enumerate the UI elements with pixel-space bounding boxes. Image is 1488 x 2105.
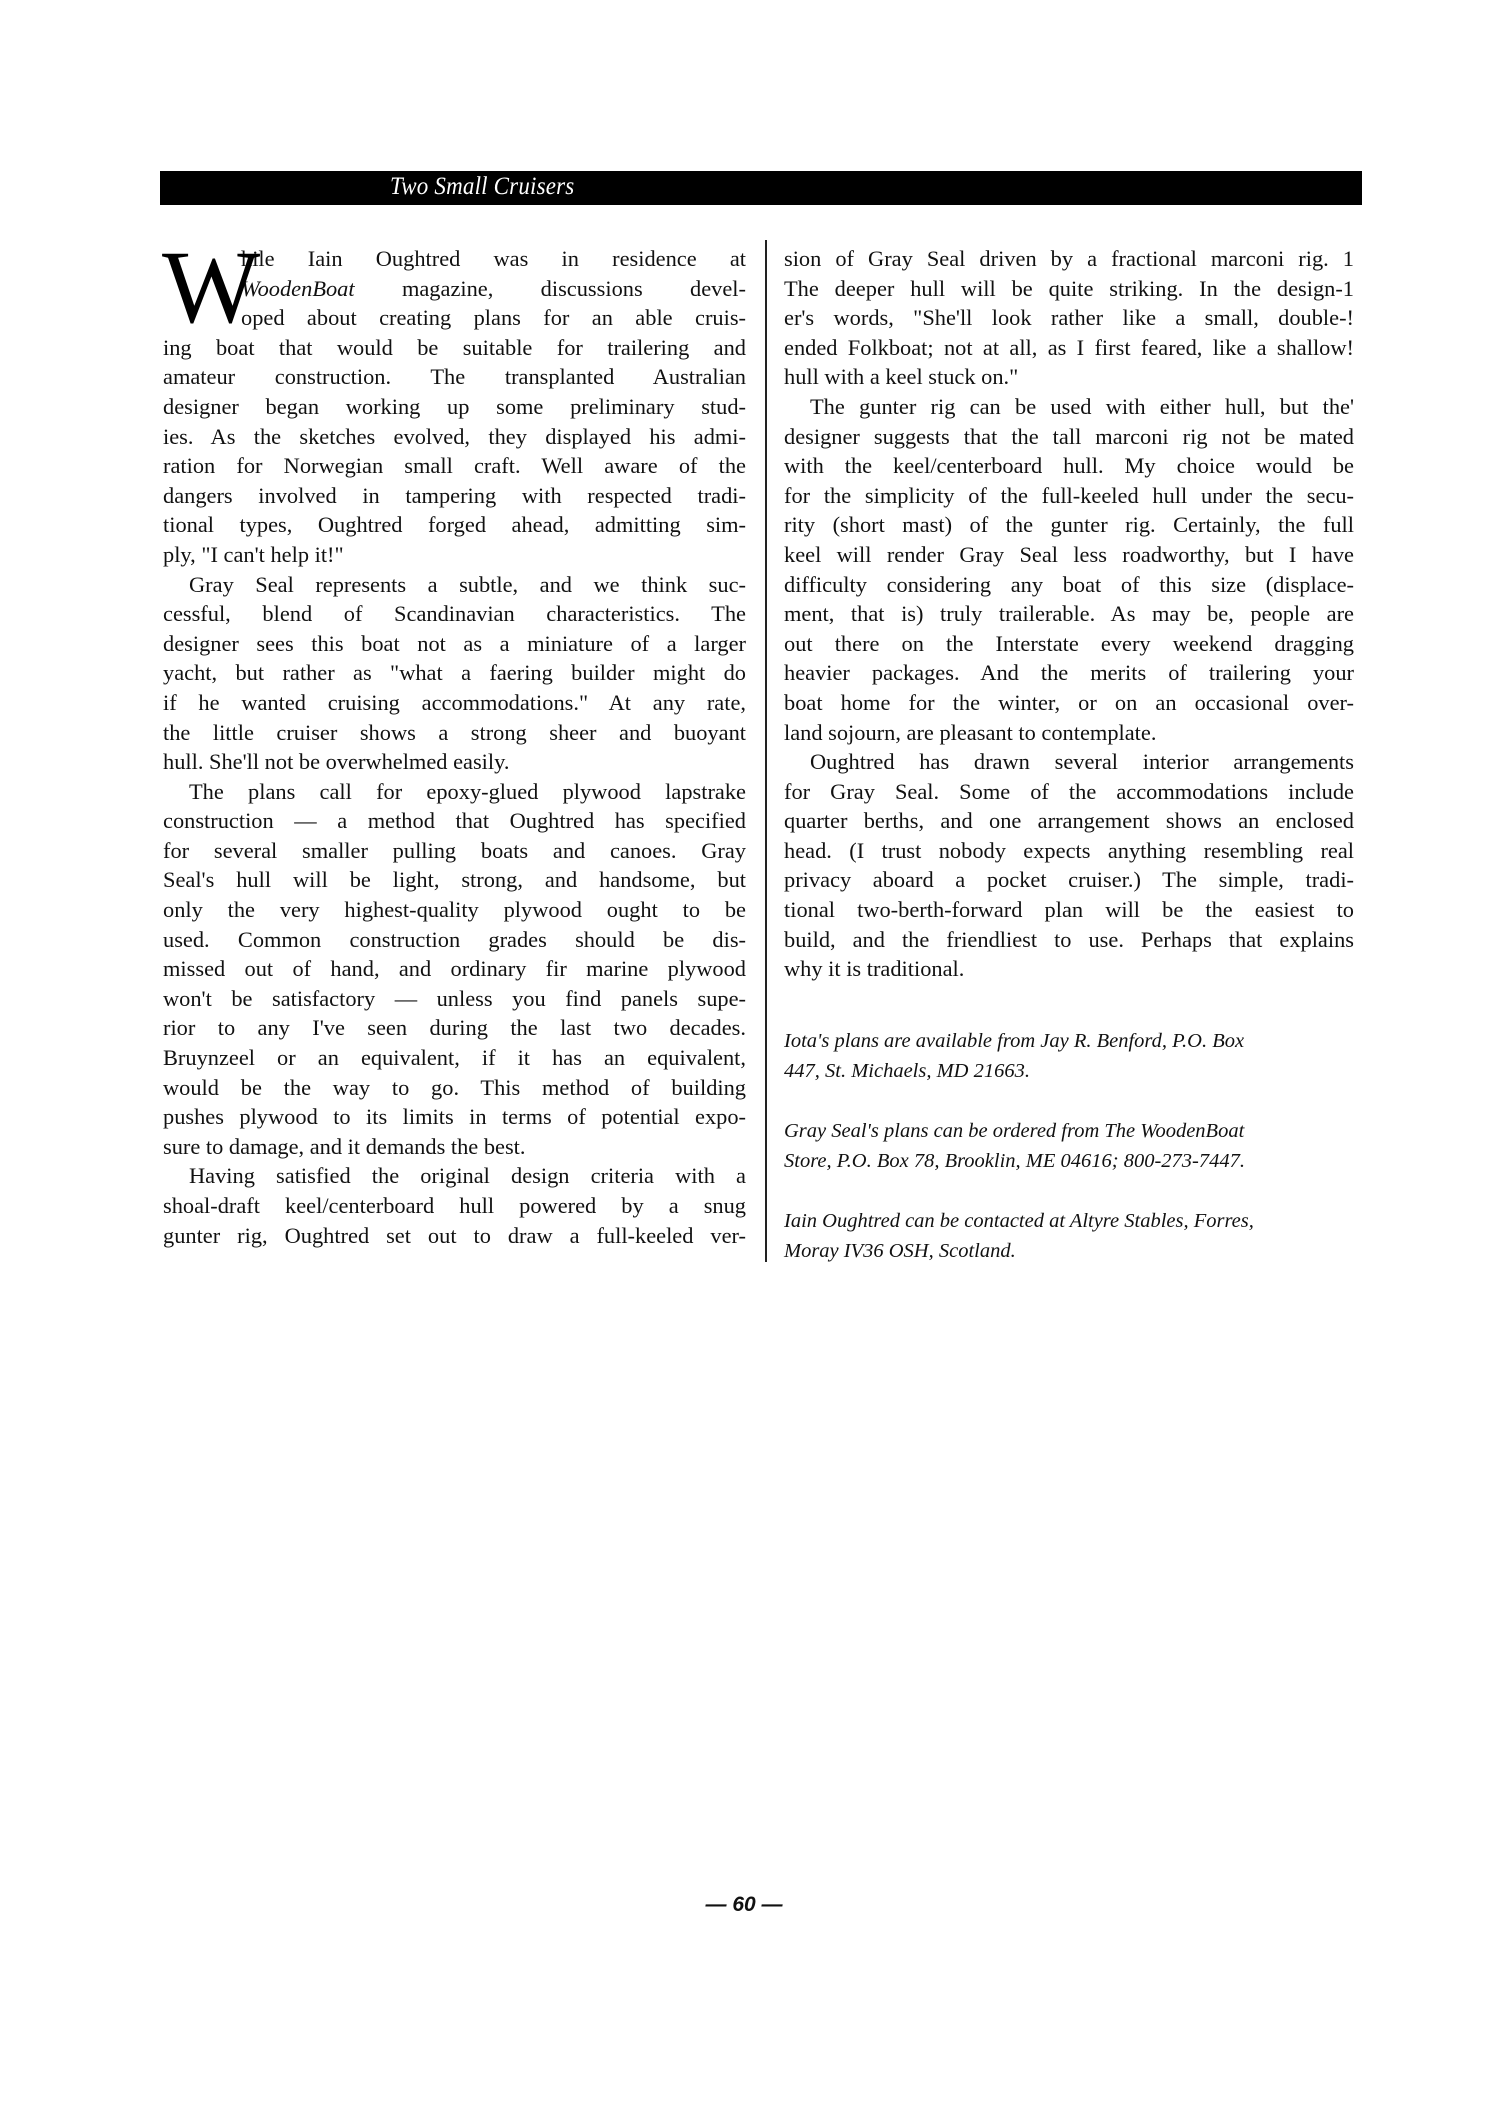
text-line: build, and the friendliest to use. Perha… <box>784 925 1354 955</box>
text-line: ies. As the sketches evolved, they displ… <box>163 422 746 452</box>
text-line: with the keel/centerboard hull. My choic… <box>784 451 1354 481</box>
text-line: ment, that is) truly trailerable. As may… <box>784 599 1354 629</box>
text-line: privacy aboard a pocket cruiser.) The si… <box>784 865 1354 895</box>
text-line: sure to damage, and it demands the best. <box>163 1132 746 1162</box>
credit-note: Iota's plans are available from Jay R. B… <box>784 1026 1354 1086</box>
text-line: used. Common construction grades should … <box>163 925 746 955</box>
text-line: rior to any I've seen during the last tw… <box>163 1013 746 1043</box>
text-line: for the simplicity of the full-keeled hu… <box>784 481 1354 511</box>
text-line: only the very highest-quality plywood ou… <box>163 895 746 925</box>
credit-line: Store, P.O. Box 78, Brooklin, ME 04616; … <box>784 1146 1354 1176</box>
text-line: why it is traditional. <box>784 954 1354 984</box>
text-line: tional types, Oughtred forged ahead, adm… <box>163 510 746 540</box>
text-line: The deeper hull will be quite striking. … <box>784 274 1354 304</box>
credit-note: Gray Seal's plans can be ordered from Th… <box>784 1116 1354 1176</box>
page-number: — 60 — <box>0 1893 1488 1917</box>
credit-note: Iain Oughtred can be contacted at Altyre… <box>784 1206 1354 1266</box>
text-line: for Gray Seal. Some of the accommodation… <box>784 777 1354 807</box>
text-line: amateur construction. The transplanted A… <box>163 362 746 392</box>
text-line: the little cruiser shows a strong sheer … <box>163 718 746 748</box>
text-line: ended Folkboat; not at all, as I first f… <box>784 333 1354 363</box>
text-line: cessful, blend of Scandinavian character… <box>163 599 746 629</box>
text-line: would be the way to go. This method of b… <box>163 1073 746 1103</box>
text-line: designer suggests that the tall marconi … <box>784 422 1354 452</box>
text-line: pushes plywood to its limits in terms of… <box>163 1102 746 1132</box>
text-line: gunter rig, Oughtred set out to draw a f… <box>163 1221 746 1251</box>
text-line: Having satisfied the original design cri… <box>163 1161 746 1191</box>
text-line: er's words, "She'll look rather like a s… <box>784 303 1354 333</box>
text-line: The gunter rig can be used with either h… <box>784 392 1354 422</box>
text-line: head. (I trust nobody expects anything r… <box>784 836 1354 866</box>
text-line: hull with a keel stuck on." <box>784 362 1354 392</box>
text-line: ply, "I can't help it!" <box>163 540 746 570</box>
credit-line: Iota's plans are available from Jay R. B… <box>784 1026 1354 1056</box>
article-column-right: sion of Gray Seal driven by a fractional… <box>784 244 1354 984</box>
text-line: boat home for the winter, or on an occas… <box>784 688 1354 718</box>
text-line-rest: magazine, discussions devel- <box>402 276 746 301</box>
credit-line: 447, St. Michaels, MD 21663. <box>784 1056 1354 1086</box>
text-line: out there on the Interstate every weeken… <box>784 629 1354 659</box>
text-line: ration for Norwegian small craft. Well a… <box>163 451 746 481</box>
text-line: designer sees this boat not as a miniatu… <box>163 629 746 659</box>
plan-credits: Iota's plans are available from Jay R. B… <box>784 1026 1354 1296</box>
text-line: land sojourn, are pleasant to contemplat… <box>784 718 1354 748</box>
text-line: Bruynzeel or an equivalent, if it has an… <box>163 1043 746 1073</box>
text-line: keel will render Gray Seal less roadwort… <box>784 540 1354 570</box>
text-line: for several smaller pulling boats and ca… <box>163 836 746 866</box>
text-line: if he wanted cruising accommodations." A… <box>163 688 746 718</box>
article-column-left: W hile Iain Oughtred was in residence at… <box>163 244 746 1250</box>
column-divider <box>765 240 767 1262</box>
text-line: quarter berths, and one arrangement show… <box>784 806 1354 836</box>
text-line: designer began working up some prelimina… <box>163 392 746 422</box>
running-header-bar: Two Small Cruisers <box>160 171 1362 205</box>
text-line: hull. She'll not be overwhelmed easily. <box>163 747 746 777</box>
credit-line: Moray IV36 OSH, Scotland. <box>784 1236 1354 1266</box>
text-line: rity (short mast) of the gunter rig. Cer… <box>784 510 1354 540</box>
text-line: missed out of hand, and ordinary fir mar… <box>163 954 746 984</box>
credit-line: Gray Seal's plans can be ordered from Th… <box>784 1116 1354 1146</box>
text-line: won't be satisfactory — unless you find … <box>163 984 746 1014</box>
text-line: Oughtred has drawn several interior arra… <box>784 747 1354 777</box>
text-line: The plans call for epoxy-glued plywood l… <box>163 777 746 807</box>
text-line: difficulty considering any boat of this … <box>784 570 1354 600</box>
text-line: sion of Gray Seal driven by a fractional… <box>784 244 1354 274</box>
text-line: Seal's hull will be light, strong, and h… <box>163 865 746 895</box>
text-line: yacht, but rather as "what a faering bui… <box>163 658 746 688</box>
text-line: heavier packages. And the merits of trai… <box>784 658 1354 688</box>
credit-line: Iain Oughtred can be contacted at Altyre… <box>784 1206 1354 1236</box>
text-line: dangers involved in tampering with respe… <box>163 481 746 511</box>
drop-cap: W <box>162 248 260 328</box>
text-line: Gray Seal represents a subtle, and we th… <box>163 570 746 600</box>
text-line: tional two-berth-forward plan will be th… <box>784 895 1354 925</box>
running-header-title: Two Small Cruisers <box>390 173 574 201</box>
text-line: shoal-draft keel/centerboard hull powere… <box>163 1191 746 1221</box>
text-line: construction — a method that Oughtred ha… <box>163 806 746 836</box>
